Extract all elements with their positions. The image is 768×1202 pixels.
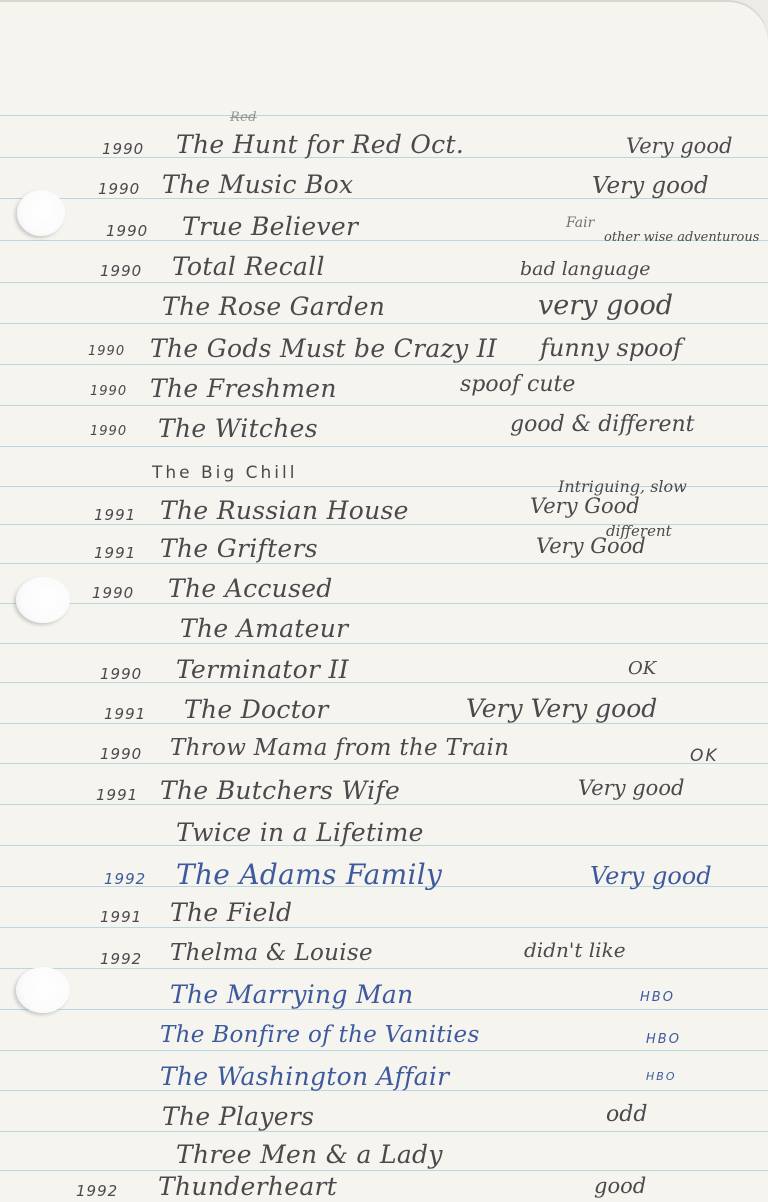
entry-note: HBO	[646, 1032, 681, 1047]
ruled-line	[0, 446, 768, 447]
entry-note-annotation: other wise adventurous	[604, 232, 764, 243]
entry-note: Fair	[566, 215, 594, 231]
ruled-line	[0, 1131, 768, 1132]
entry-title: The Amateur	[180, 614, 348, 643]
ruled-line	[0, 364, 768, 365]
entry-year: 1992	[100, 950, 142, 968]
ruled-line	[0, 643, 768, 644]
entry-title: The Music Box	[162, 170, 353, 199]
entry-year: 1991	[100, 908, 142, 926]
entry-year: 1990	[88, 344, 125, 359]
entry-year: 1991	[94, 506, 136, 524]
entry-year: 1990	[100, 665, 142, 683]
entry-note: spoof cute	[460, 372, 575, 397]
entry-note: Very good	[590, 862, 712, 890]
entry-note: very good	[538, 290, 673, 321]
entry-title: Three Men & a Lady	[176, 1140, 443, 1169]
ruled-line	[0, 323, 768, 324]
punch-hole	[16, 577, 70, 623]
ruled-line	[0, 603, 768, 604]
entry-title: Total Recall	[172, 252, 325, 281]
entry-note: Very Very good	[466, 694, 657, 723]
ruled-line	[0, 1009, 768, 1010]
entry-title: The Big Chill	[152, 463, 297, 483]
entry-note: good & different	[510, 412, 695, 437]
entry-title: The Field	[170, 898, 292, 927]
entry-note: didn't like	[524, 938, 626, 962]
entry-title: The Witches	[158, 414, 318, 443]
entry-note: Very good	[578, 776, 684, 800]
ruled-line	[0, 723, 768, 724]
entry-year: 1991	[94, 544, 136, 562]
ruled-line	[0, 115, 768, 116]
entry-note: Very good	[626, 134, 732, 158]
entry-year: 1990	[106, 222, 148, 240]
entry-note: Very Good	[530, 494, 640, 518]
ruled-line	[0, 968, 768, 969]
entry-title: The Grifters	[160, 534, 318, 563]
entry-title: The Bonfire of the Vanities	[160, 1022, 480, 1048]
entry-title: The Freshmen	[150, 374, 337, 403]
entry-note: odd	[606, 1102, 647, 1127]
entry-title: The Washington Affair	[160, 1062, 449, 1091]
entry-year: 1992	[76, 1182, 118, 1200]
entry-year: 1990	[98, 180, 140, 198]
entry-title: The Doctor	[184, 695, 329, 724]
ruled-line	[0, 563, 768, 564]
entry-title-text: The Hunt for Red Oct.	[176, 130, 464, 159]
entry-title: The Adams Family	[176, 858, 442, 891]
ruled-line	[0, 763, 768, 764]
entry-note: funny spoof	[540, 334, 682, 362]
punch-hole	[16, 967, 70, 1013]
entry-title: Thunderheart	[158, 1172, 337, 1201]
entry-title: The Players	[162, 1102, 314, 1131]
entry-title: The Marrying Man	[170, 980, 414, 1009]
entry-note: good	[594, 1174, 646, 1198]
entry-year: 1990	[92, 584, 134, 602]
entry-title: Terminator II	[176, 655, 349, 684]
entry-note: Very Good	[536, 534, 646, 558]
entry-note: HBO	[646, 1070, 676, 1083]
notebook-page: 1990 The Hunt for Red Oct. Red Very good…	[0, 0, 768, 1202]
entry-title: The Hunt for Red Oct.	[176, 130, 464, 159]
entry-title: The Rose Garden	[162, 292, 385, 321]
ruled-line	[0, 927, 768, 928]
entry-year: 1990	[100, 262, 142, 280]
entry-title: The Russian House	[160, 496, 409, 525]
entry-title: Thelma & Louise	[170, 940, 373, 966]
ruled-line	[0, 405, 768, 406]
entry-title: True Believer	[182, 212, 358, 241]
entry-year: 1992	[104, 870, 146, 888]
entry-note: Very good	[592, 173, 709, 199]
entry-year: 1991	[104, 705, 146, 723]
entry-year: 1990	[90, 384, 127, 399]
entry-note: bad language	[520, 258, 650, 280]
ruled-line	[0, 282, 768, 283]
ruled-line	[0, 1170, 768, 1171]
ruled-line	[0, 1050, 768, 1051]
entry-title: The Gods Must be Crazy II	[150, 334, 497, 363]
crossed-out-word: Red	[230, 110, 257, 125]
entry-note: OK	[628, 658, 656, 679]
entry-year: 1991	[96, 786, 138, 804]
entry-year: 1990	[100, 745, 142, 763]
entry-note: HBO	[640, 990, 675, 1005]
entry-title: The Accused	[168, 574, 333, 603]
entry-year: 1990	[90, 424, 127, 439]
entry-title: Twice in a Lifetime	[176, 818, 424, 847]
punch-hole	[17, 190, 65, 236]
entry-note: OK	[690, 746, 719, 766]
entry-year: 1990	[102, 140, 144, 158]
entry-title: The Butchers Wife	[160, 776, 400, 805]
entry-title: Throw Mama from the Train	[170, 735, 509, 761]
